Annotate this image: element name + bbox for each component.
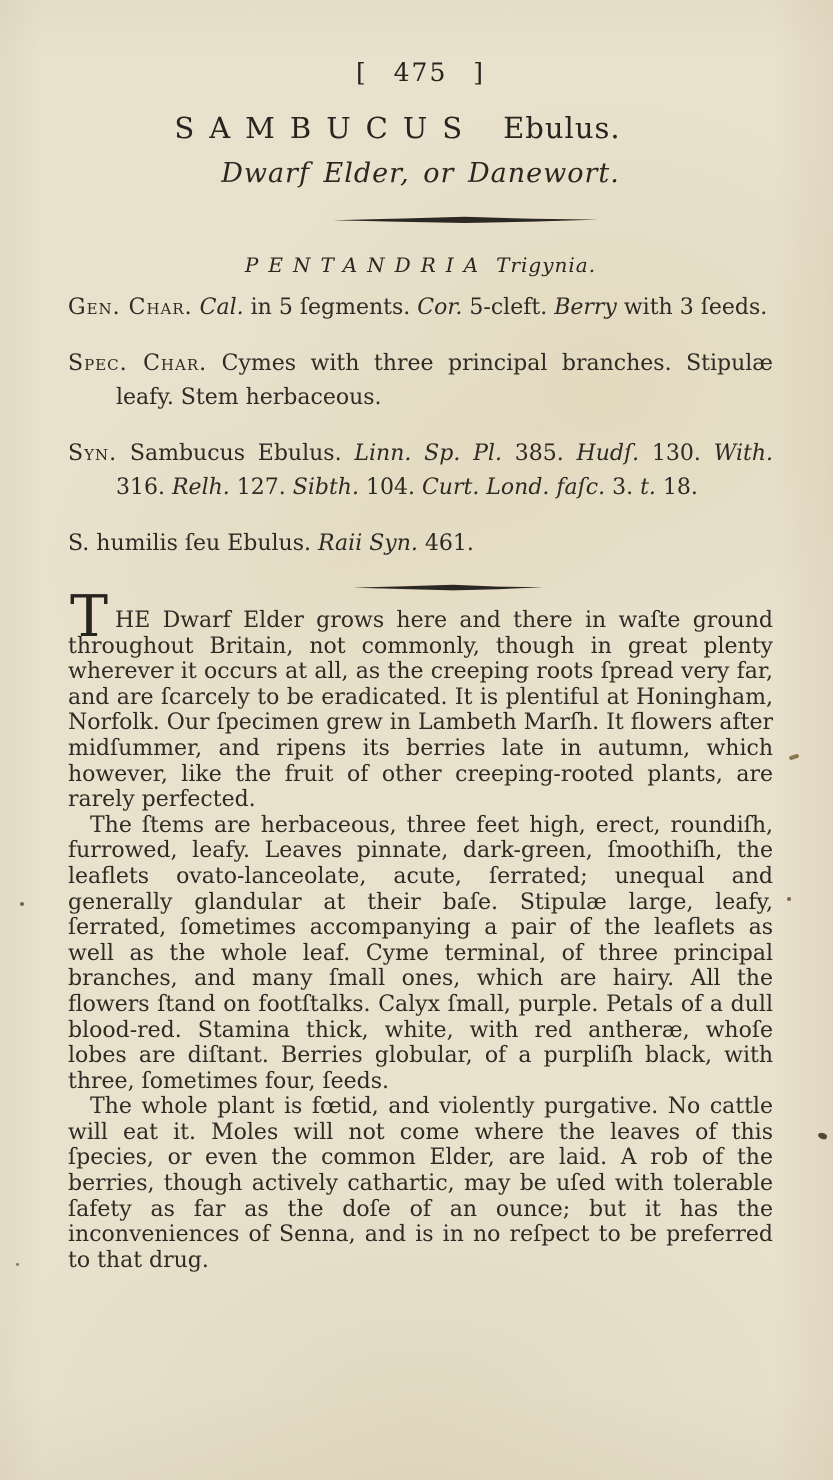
ink-speck bbox=[789, 754, 800, 761]
gen-char-segment: Berry bbox=[554, 295, 617, 320]
species-name: Ebulus. bbox=[503, 111, 620, 145]
syn-segment: 18. bbox=[656, 475, 698, 500]
syn-segment: 127. bbox=[230, 475, 293, 500]
specific-character-entry: Spec. Char. Cymes with three principal b… bbox=[68, 347, 773, 415]
gen-char-segment: in 5 ſegments. bbox=[244, 295, 418, 320]
divider-rule-middle bbox=[68, 583, 773, 592]
syn-segment: Hudſ. bbox=[577, 441, 640, 466]
syn-segment: Curt. Lond. faſc. bbox=[422, 475, 605, 500]
book-page-scan: [ 475 ] SAMBUCUSEbulus. Dwarf Elder, or … bbox=[0, 0, 833, 1480]
syn-segment: t. bbox=[640, 475, 656, 500]
synonyms-entry: Syn. Sambucus Ebulus. Linn. Sp. Pl. 385.… bbox=[68, 437, 773, 505]
ink-speck bbox=[20, 902, 24, 906]
syn2-segment: S. humilis ſeu Ebulus. bbox=[68, 531, 318, 556]
genus-name: SAMBUCUS bbox=[174, 111, 477, 145]
syn2-segment: Raii Syn. bbox=[318, 531, 418, 556]
syn-segment: 104. bbox=[359, 475, 422, 500]
synonym-secondary-entry: S. humilis ſeu Ebulus. Raii Syn. 461. bbox=[68, 527, 773, 561]
paragraph-3: The whole plant is fœtid, and violently … bbox=[68, 1094, 773, 1273]
description-text: THE Dwarf Elder grows here and there in … bbox=[68, 608, 773, 1273]
syn-segment: Linn. Sp. Pl. bbox=[354, 441, 502, 466]
paragraph-1-text: HE Dwarf Elder grows here and there in w… bbox=[68, 608, 773, 812]
ink-speck bbox=[16, 1263, 19, 1266]
syn-segment: 130. bbox=[639, 441, 714, 466]
gen-char-segment: Cor. bbox=[417, 295, 462, 320]
syn-segment: Sambucus Ebulus. bbox=[130, 441, 354, 466]
syn-segment: 316. bbox=[116, 475, 172, 500]
class-name: PENTANDRIA bbox=[245, 253, 488, 277]
spec-char-label: Spec. Char. bbox=[68, 351, 207, 376]
gen-char-segment: Cal. bbox=[200, 295, 244, 320]
paragraph-1: THE Dwarf Elder grows here and there in … bbox=[68, 608, 773, 813]
gen-char-segment: 5-cleft. bbox=[462, 295, 554, 320]
gen-char-segment: with 3 ſeeds. bbox=[617, 295, 767, 320]
paragraph-2: The ſtems are herbaceous, three feet hig… bbox=[68, 813, 773, 1095]
ink-speck bbox=[817, 1131, 828, 1140]
syn-segment: Relh. bbox=[172, 475, 230, 500]
generic-character-entry: Gen. Char. Cal. in 5 ſegments. Cor. 5-cl… bbox=[68, 291, 773, 325]
syn-segment: With. bbox=[714, 441, 773, 466]
page-number: [ 475 ] bbox=[68, 58, 773, 87]
ink-speck bbox=[787, 897, 791, 901]
syn2-segment: 461. bbox=[418, 531, 474, 556]
syn-segment: 3. bbox=[605, 475, 640, 500]
syn-segment: 385. bbox=[502, 441, 577, 466]
common-name: Dwarf Elder, or Danewort. bbox=[68, 158, 773, 189]
classification-heading: PENTANDRIATrigynia. bbox=[68, 253, 773, 277]
order-name: Trigynia. bbox=[496, 253, 596, 277]
synonyms-label: Syn. bbox=[68, 441, 117, 466]
divider-rule-top bbox=[68, 215, 773, 225]
gen-char-label: Gen. Char. bbox=[68, 295, 193, 320]
page-title: SAMBUCUSEbulus. bbox=[68, 111, 773, 145]
syn-segment: Sibth. bbox=[293, 475, 359, 500]
drop-cap: T bbox=[70, 605, 108, 630]
